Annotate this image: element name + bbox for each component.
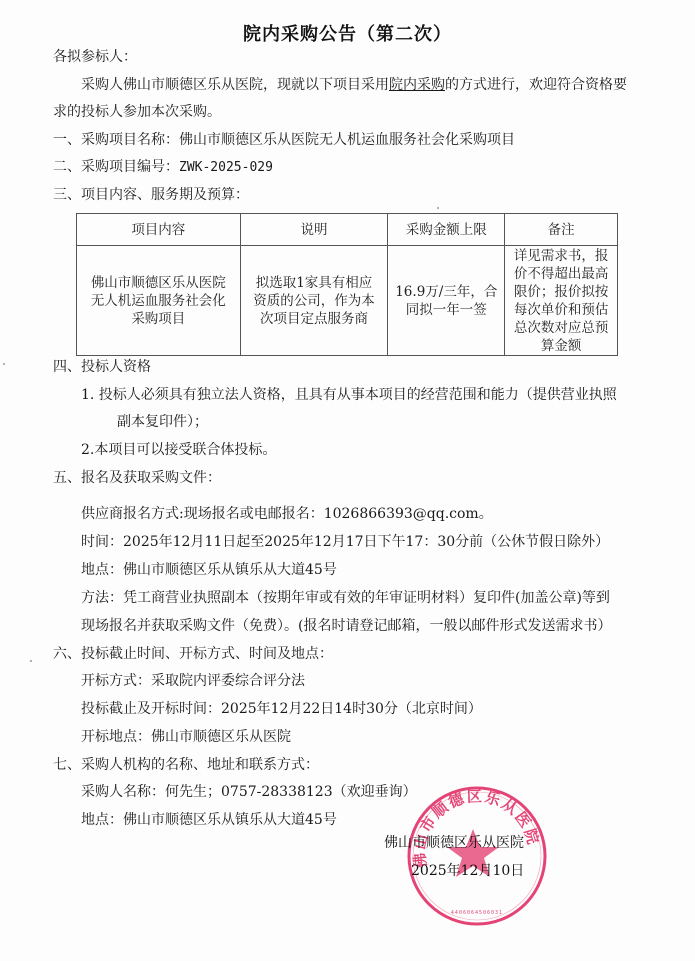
cell-project-content: 佛山市顺德区乐从医院无人机运血服务社会化采购项目 [77,246,241,356]
qualification-item1-line1: 1. 投标人必须具有独立法人资格，且具有从事本项目的经营范围和能力（提供营业执照 [81,386,617,404]
header-remarks: 备注 [505,214,618,246]
document-title: 院内采购公告（第二次） [0,20,695,46]
budget-table: 项目内容 说明 采购金额上限 备注 佛山市顺德区乐从医院无人机运血服务社会化采购… [76,213,618,356]
cell-description: 拟选取1家具有相应资质的公司，作为本次项目定点服务商 [240,246,388,356]
cell-remarks: 详见需求书，报价不得超出最高限价；报价拟按每次单价和预估总次数对应总预算金额 [505,246,618,356]
intro-paragraph-line2: 求的投标人参加本次采购。 [53,103,221,121]
registration-location: 地点：佛山市顺德区乐从镇乐从大道45号 [81,561,337,579]
scan-speck [437,207,439,209]
project-name-value: 佛山市顺德区乐从医院无人机运血服务社会化采购项目 [179,132,515,148]
qualification-item1-line2: 副本复印件）； [117,413,208,431]
purchaser-address: 地点：佛山市顺德区乐从镇乐从大道45号 [81,811,337,829]
bid-opening-location: 开标地点：佛山市顺德区乐从医院 [81,728,291,746]
svg-text:佛山市顺德区乐从医院: 佛山市顺德区乐从医院 [410,787,542,869]
section4-label: 四、投标人资格 [53,358,151,376]
header-budget-cap: 采购金额上限 [388,214,505,246]
section2-label: 二、采购项目编号： [53,159,179,175]
salutation: 各拟参标人： [53,48,137,66]
section1-project-name: 一、采购项目名称：佛山市顺德区乐从医院无人机运血服务社会化采购项目 [53,131,515,149]
intro-paragraph-line1: 采购人佛山市顺德区乐从医院，现就以下项目采用院内采购的方式进行，欢迎符合资格要 [81,76,627,94]
budget-table-header-row: 项目内容 说明 采购金额上限 备注 [77,214,618,246]
signature-organization: 佛山市顺德区乐从医院 [384,834,524,852]
table-row: 佛山市顺德区乐从医院无人机运血服务社会化采购项目 拟选取1家具有相应资质的公司，… [77,246,618,356]
registration-procedure-line2: 现场报名并获取采购文件（免费）。(报名时请登记邮箱，一般以邮件形式发送需求书） [81,617,611,635]
procurement-method-underlined: 院内采购 [389,77,445,93]
bid-deadline: 投标截止及开标时间：2025年12月22日14时30分（北京时间） [81,700,482,718]
svg-text:4406064506031: 4406064506031 [451,910,503,916]
scan-speck [3,363,5,365]
registration-time: 时间：2025年12月11日起至2025年12月17日下午17：30分前（公休节… [81,533,609,551]
official-seal-icon: 佛山市顺德区乐从医院 4406064506031 [406,785,548,927]
cell-budget-cap: 16.9万/三年，合同拟一年一签 [388,246,505,356]
signature-date: 2025年12月10日 [411,862,524,880]
qualification-item2: 2.本项目可以接受联合体投标。 [81,441,276,459]
scan-speck [30,660,32,662]
project-number-value: ZWK-2025-029 [179,160,273,175]
section5-label: 五、报名及获取采购文件： [53,469,221,487]
section6-label: 六、投标截止时间、开标方式、时间及地点： [53,645,333,663]
intro-text-part1: 采购人佛山市顺德区乐从医院，现就以下项目采用 [81,77,389,93]
registration-procedure-line1: 方法：凭工商营业执照副本（按期年审或有效的年审证明材料）复印件(加盖公章)等到 [81,589,610,607]
purchaser-contact: 采购人名称：何先生；0757-28338123（欢迎垂询） [81,783,417,801]
section1-label: 一、采购项目名称： [53,132,179,148]
intro-text-part2: 的方式进行，欢迎符合资格要 [445,77,627,93]
header-description: 说明 [240,214,388,246]
section3-label: 三、项目内容、服务期及预算： [53,186,249,204]
bid-opening-method: 开标方式：采取院内评委综合评分法 [81,672,305,690]
section2-project-number: 二、采购项目编号：ZWK-2025-029 [53,158,273,177]
registration-method: 供应商报名方式:现场报名或电邮报名：1026866393@qq.com。 [81,505,493,523]
header-project-content: 项目内容 [77,214,241,246]
section7-label: 七、采购人机构的名称、地址和联系方式： [53,756,319,774]
document-page: 院内采购公告（第二次） 各拟参标人： 采购人佛山市顺德区乐从医院，现就以下项目采… [0,0,695,961]
